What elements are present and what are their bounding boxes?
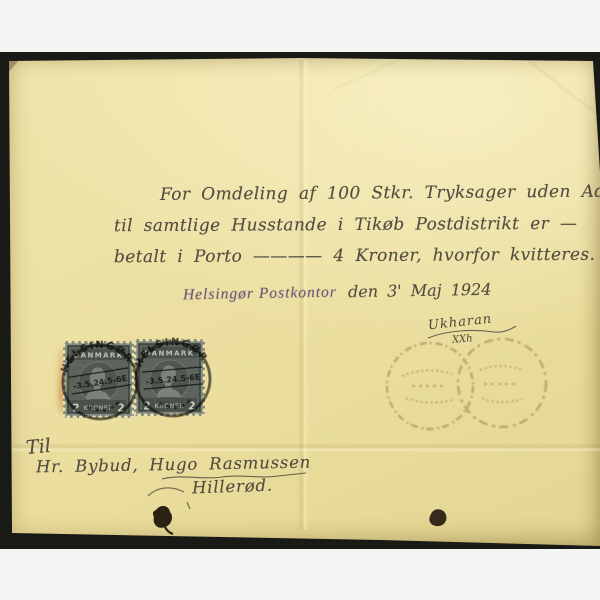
handwritten-body-line-3: betalt i Porto ———— 4 Kroner, hvorfor kv…: [114, 245, 595, 268]
address-place: Hillerød.: [192, 476, 273, 498]
photo-of-document: For Omdeling af 100 Stkr. Tryksager uden…: [0, 0, 600, 600]
office-rubber-stamp-imprint: Helsingør Postkontor: [183, 284, 337, 305]
svg-text:HELSINGØR: HELSINGØR: [131, 334, 210, 371]
postmark-town-arc: HELSINGØR: [131, 334, 210, 371]
handwritten-body-line-1: For Omdeling af 100 Stkr. Tryksager uden…: [160, 181, 600, 205]
document-paper: For Omdeling af 100 Stkr. Tryksager uden…: [0, 52, 600, 549]
corner-dog-ear: [8, 60, 19, 73]
handwritten-body-line-2: til samtlige Husstande i Tikøb Postdistr…: [114, 214, 577, 236]
ink-blot-left: [140, 482, 196, 538]
address-salutation: Til: [25, 435, 52, 459]
horizontal-fold-crease: [8, 443, 600, 452]
handwritten-date: den 3' Maj 1924: [348, 280, 492, 302]
faint-ghost-postmarks: [372, 336, 562, 436]
ink-blot-right: [424, 505, 452, 531]
cancellation-postmark-2: HELSINGØR -3.5.24.5-6E * * * * *: [124, 330, 222, 428]
postmark-date-line: -3.5.24.5-6E: [72, 374, 127, 391]
